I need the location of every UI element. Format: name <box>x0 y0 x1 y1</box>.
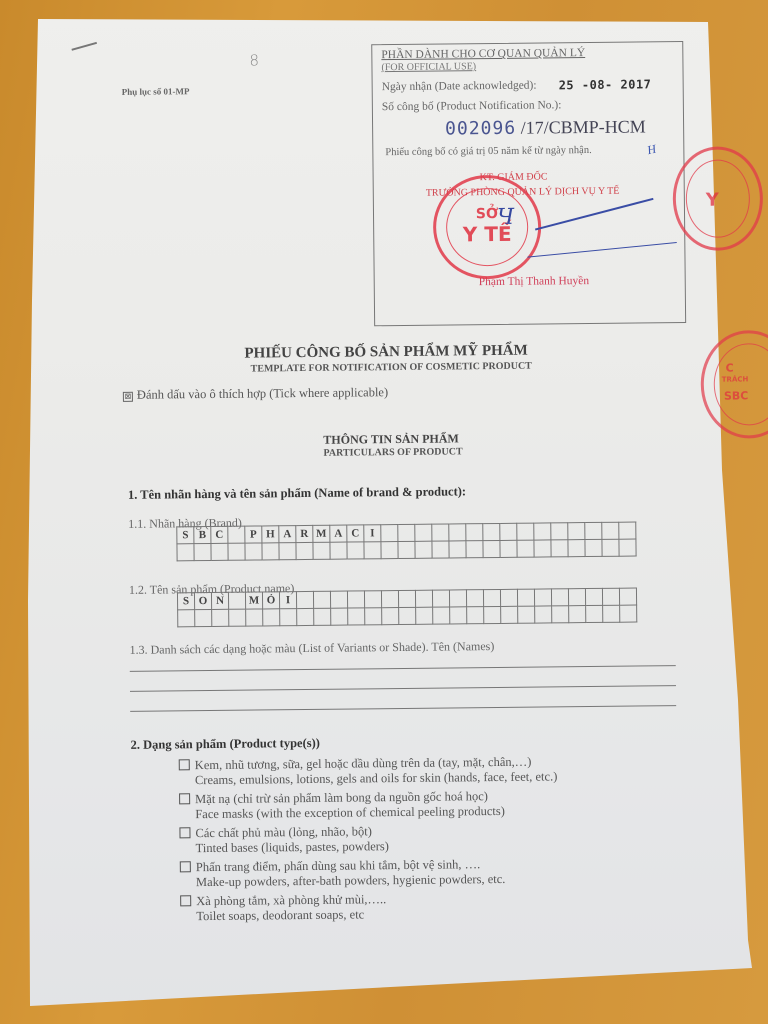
appendix-label: Phụ lục số 01-MP <box>122 86 190 97</box>
grid-cell[interactable] <box>245 543 262 560</box>
option-label-en: Creams, emulsions, lotions, gels and oil… <box>179 769 558 788</box>
checkbox-icon[interactable] <box>179 793 190 804</box>
grid-cell[interactable] <box>195 609 212 626</box>
grid-cell[interactable] <box>619 588 636 605</box>
grid-cell[interactable] <box>466 541 483 558</box>
grid-cell[interactable]: A <box>279 526 296 543</box>
grid-row <box>177 539 636 561</box>
stamp-text: TRÁCH <box>722 375 749 383</box>
grid-cell[interactable] <box>483 589 500 606</box>
checkbox-icon[interactable] <box>179 759 190 770</box>
grid-cell[interactable]: I <box>279 592 296 609</box>
grid-cell[interactable] <box>194 543 211 560</box>
grid-cell[interactable] <box>416 607 433 624</box>
grid-cell[interactable]: M <box>245 592 262 609</box>
handwritten-signature: Ч <box>497 205 514 230</box>
section-title-en: PARTICULARS OF PRODUCT <box>323 446 462 458</box>
grid-cell[interactable] <box>433 607 450 624</box>
variants-line-1[interactable] <box>130 665 676 672</box>
grid-cell[interactable] <box>348 608 365 625</box>
grid-cell[interactable] <box>568 523 585 540</box>
variants-label: 1.3. Danh sách các dạng hoặc màu (List o… <box>129 639 494 658</box>
grid-cell[interactable] <box>365 608 382 625</box>
partial-stamp-right-top: Y <box>672 146 763 251</box>
grid-cell[interactable] <box>602 539 619 556</box>
product-type-options: Kem, nhũ tương, sữa, gel hoặc dầu dùng t… <box>0 0 763 4</box>
grid-cell[interactable] <box>432 541 449 558</box>
grid-cell[interactable] <box>466 590 483 607</box>
option-label-en: Toilet soaps, deodorant soaps, etc <box>180 907 386 924</box>
grid-cell[interactable] <box>347 591 364 608</box>
stamp-text: C <box>726 361 734 374</box>
product-type-option[interactable]: Mặt nạ (chỉ trừ sản phẩm làm bong da ngu… <box>179 789 505 822</box>
option-label-en: Tinted bases (liquids, pastes, powders) <box>180 839 389 856</box>
grid-cell[interactable] <box>432 590 449 607</box>
date-label: Ngày nhận (Date acknowledged): <box>382 80 537 94</box>
handwritten-dash <box>71 42 97 51</box>
grid-cell[interactable]: I <box>364 525 381 542</box>
validity-note: Phiếu công bố có giá trị 05 năm kể từ ng… <box>385 145 591 158</box>
grid-cell[interactable]: N <box>211 592 228 609</box>
grid-cell[interactable] <box>228 543 245 560</box>
grid-cell[interactable]: M <box>313 525 330 542</box>
grid-cell[interactable] <box>212 609 229 626</box>
grid-cell[interactable] <box>619 522 636 539</box>
grid-cell[interactable] <box>229 609 246 626</box>
product-type-option[interactable]: Phấn trang điểm, phấn dùng sau khi tắm, … <box>180 857 506 890</box>
grid-cell[interactable]: S <box>177 593 194 610</box>
grid-cell[interactable] <box>585 588 602 605</box>
grid-cell[interactable] <box>364 591 381 608</box>
stamp-inner-ring <box>713 343 768 426</box>
grid-cell[interactable]: H <box>262 526 279 543</box>
grid-cell[interactable] <box>330 542 347 559</box>
grid-cell[interactable] <box>534 523 551 540</box>
stamp-text: Y <box>706 190 719 211</box>
document-page: 8 Phụ lục số 01-MP PHẦN DÀNH CHO CƠ QUAN… <box>0 0 768 1024</box>
grid-cell[interactable] <box>568 540 585 557</box>
option-label-en: Make-up powders, after-bath powders, hyg… <box>180 872 506 890</box>
grid-cell[interactable] <box>552 606 569 623</box>
grid-cell[interactable]: A <box>330 525 347 542</box>
grid-cell[interactable] <box>466 524 483 541</box>
grid-cell[interactable] <box>177 544 194 561</box>
grid-cell[interactable] <box>297 608 314 625</box>
grid-cell[interactable] <box>467 607 484 624</box>
grid-cell[interactable] <box>313 591 330 608</box>
grid-cell[interactable] <box>398 524 415 541</box>
variants-line-2[interactable] <box>130 685 676 692</box>
grid-cell[interactable] <box>415 524 432 541</box>
grid-cell[interactable] <box>484 606 501 623</box>
grid-cell[interactable] <box>585 522 602 539</box>
document-title-en: TEMPLATE FOR NOTIFICATION OF COSMETIC PR… <box>251 361 532 375</box>
notification-label: Số công bố (Product Notification No.): <box>382 99 562 113</box>
handwritten-initial: H <box>646 142 658 159</box>
checked-box-icon: ⊠ <box>123 392 133 402</box>
grid-cell[interactable] <box>551 540 568 557</box>
grid-cell[interactable] <box>279 543 296 560</box>
grid-cell[interactable] <box>398 541 415 558</box>
grid-cell[interactable] <box>534 540 551 557</box>
option-label-en: Face masks (with the exception of chemic… <box>179 804 505 822</box>
grid-cell[interactable]: Ỏ <box>262 592 279 609</box>
official-heading-vn: PHẦN DÀNH CHO CƠ QUAN QUẢN LÝ <box>381 47 585 61</box>
date-stamp-value: 25 -08- 2017 <box>559 77 652 92</box>
grid-cell[interactable] <box>415 541 432 558</box>
grid-cell[interactable] <box>602 588 619 605</box>
grid-cell[interactable] <box>381 542 398 559</box>
grid-cell[interactable] <box>619 539 636 556</box>
option-label-vn: Các chất phủ màu (lỏng, nhão, bột) <box>195 824 371 840</box>
grid-cell[interactable] <box>620 605 637 622</box>
grid-cell[interactable] <box>602 522 619 539</box>
grid-cell[interactable] <box>450 607 467 624</box>
tick-instruction: ⊠Đánh dấu vào ô thích hợp (Tick where ap… <box>123 385 388 403</box>
grid-cell[interactable] <box>178 610 195 627</box>
handwritten-page-number: 8 <box>249 51 259 69</box>
grid-cell[interactable] <box>483 523 500 540</box>
grid-cell[interactable] <box>262 543 279 560</box>
grid-cell[interactable] <box>517 540 534 557</box>
grid-row <box>178 605 637 627</box>
option-label-vn: Phấn trang điểm, phấn dùng sau khi tắm, … <box>196 857 480 874</box>
grid-cell[interactable] <box>551 523 568 540</box>
grid-cell[interactable] <box>246 609 263 626</box>
product-name-char-grid[interactable]: SONMỎI <box>177 588 637 628</box>
grid-cell[interactable] <box>449 541 466 558</box>
grid-cell[interactable] <box>569 606 586 623</box>
tick-instruction-text: Đánh dấu vào ô thích hợp (Tick where app… <box>137 385 388 402</box>
grid-cell[interactable] <box>228 592 245 609</box>
grid-cell[interactable] <box>568 589 585 606</box>
grid-cell[interactable] <box>449 524 466 541</box>
grid-cell[interactable]: R <box>296 525 313 542</box>
grid-cell[interactable] <box>330 591 347 608</box>
grid-cell[interactable] <box>280 609 297 626</box>
notification-number: 002096 /17/CBMP-HCM <box>445 116 646 139</box>
grid-cell[interactable] <box>500 589 517 606</box>
official-heading-en: (FOR OFFICIAL USE) <box>381 61 476 73</box>
grid-cell[interactable] <box>586 605 603 622</box>
grid-cell[interactable] <box>399 607 416 624</box>
stamp-text-line2: Y TẾ <box>436 222 538 247</box>
section2-heading: 2. Dạng sản phẩm (Product type(s)) <box>130 736 320 753</box>
grid-cell[interactable]: B <box>194 526 211 543</box>
grid-cell[interactable] <box>585 539 602 556</box>
grid-cell[interactable] <box>500 540 517 557</box>
checkbox-icon[interactable] <box>179 827 190 838</box>
grid-cell[interactable] <box>381 525 398 542</box>
grid-cell[interactable]: O <box>194 592 211 609</box>
grid-cell[interactable] <box>263 609 280 626</box>
grid-cell[interactable]: S <box>177 527 194 544</box>
grid-cell[interactable]: C <box>211 526 228 543</box>
grid-cell[interactable] <box>296 542 313 559</box>
product-type-option[interactable]: Kem, nhũ tương, sữa, gel hoặc dầu dùng t… <box>179 754 558 788</box>
grid-cell[interactable] <box>398 590 415 607</box>
grid-cell[interactable] <box>551 589 568 606</box>
grid-cell[interactable] <box>432 524 449 541</box>
grid-cell[interactable]: P <box>245 526 262 543</box>
grid-cell[interactable] <box>347 542 364 559</box>
official-use-box: PHẦN DÀNH CHO CƠ QUAN QUẢN LÝ (FOR OFFIC… <box>371 41 686 326</box>
grid-cell[interactable] <box>382 608 399 625</box>
notification-number-digits: 002096 <box>445 118 516 140</box>
document-title-vn: PHIẾU CÔNG BỐ SẢN PHẨM MỸ PHẨM <box>244 343 527 363</box>
grid-cell[interactable] <box>314 608 331 625</box>
grid-cell[interactable] <box>603 605 620 622</box>
section-title-vn: THÔNG TIN SẢN PHẨM <box>323 431 459 447</box>
grid-cell[interactable] <box>296 591 313 608</box>
grid-cell[interactable] <box>313 542 330 559</box>
grid-cell[interactable] <box>518 606 535 623</box>
grid-cell[interactable] <box>501 606 518 623</box>
grid-cell[interactable] <box>364 542 381 559</box>
stamp-text: SBC <box>724 389 749 402</box>
variants-line-3[interactable] <box>130 705 676 712</box>
product-type-option[interactable]: Các chất phủ màu (lỏng, nhão, bột)Tinted… <box>179 824 389 856</box>
company-stamp-partial: C TRÁCH SBC <box>700 330 768 439</box>
grid-cell[interactable] <box>449 590 466 607</box>
grid-cell[interactable]: C <box>347 525 364 542</box>
grid-cell[interactable] <box>415 590 432 607</box>
option-label-vn: Xà phòng tắm, xà phòng khử mùi,….. <box>196 892 386 908</box>
grid-cell[interactable] <box>535 606 552 623</box>
checkbox-icon[interactable] <box>180 861 191 872</box>
grid-cell[interactable] <box>517 523 534 540</box>
grid-cell[interactable] <box>331 608 348 625</box>
grid-cell[interactable] <box>517 589 534 606</box>
stamp-text-line1: SỞ <box>436 206 538 223</box>
brand-char-grid[interactable]: SBCPHARMACI <box>176 522 636 562</box>
product-type-option[interactable]: Xà phòng tắm, xà phòng khử mùi,…..Toilet… <box>180 892 386 924</box>
section1-heading: 1. Tên nhãn hàng và tên sản phẩm (Name o… <box>128 484 466 503</box>
grid-cell[interactable] <box>211 543 228 560</box>
grid-cell[interactable] <box>500 523 517 540</box>
grid-cell[interactable] <box>228 526 245 543</box>
notification-number-suffix: /17/CBMP-HCM <box>516 116 646 137</box>
checkbox-icon[interactable] <box>180 895 191 906</box>
grid-cell[interactable] <box>483 540 500 557</box>
grid-cell[interactable] <box>381 591 398 608</box>
grid-cell[interactable] <box>534 589 551 606</box>
